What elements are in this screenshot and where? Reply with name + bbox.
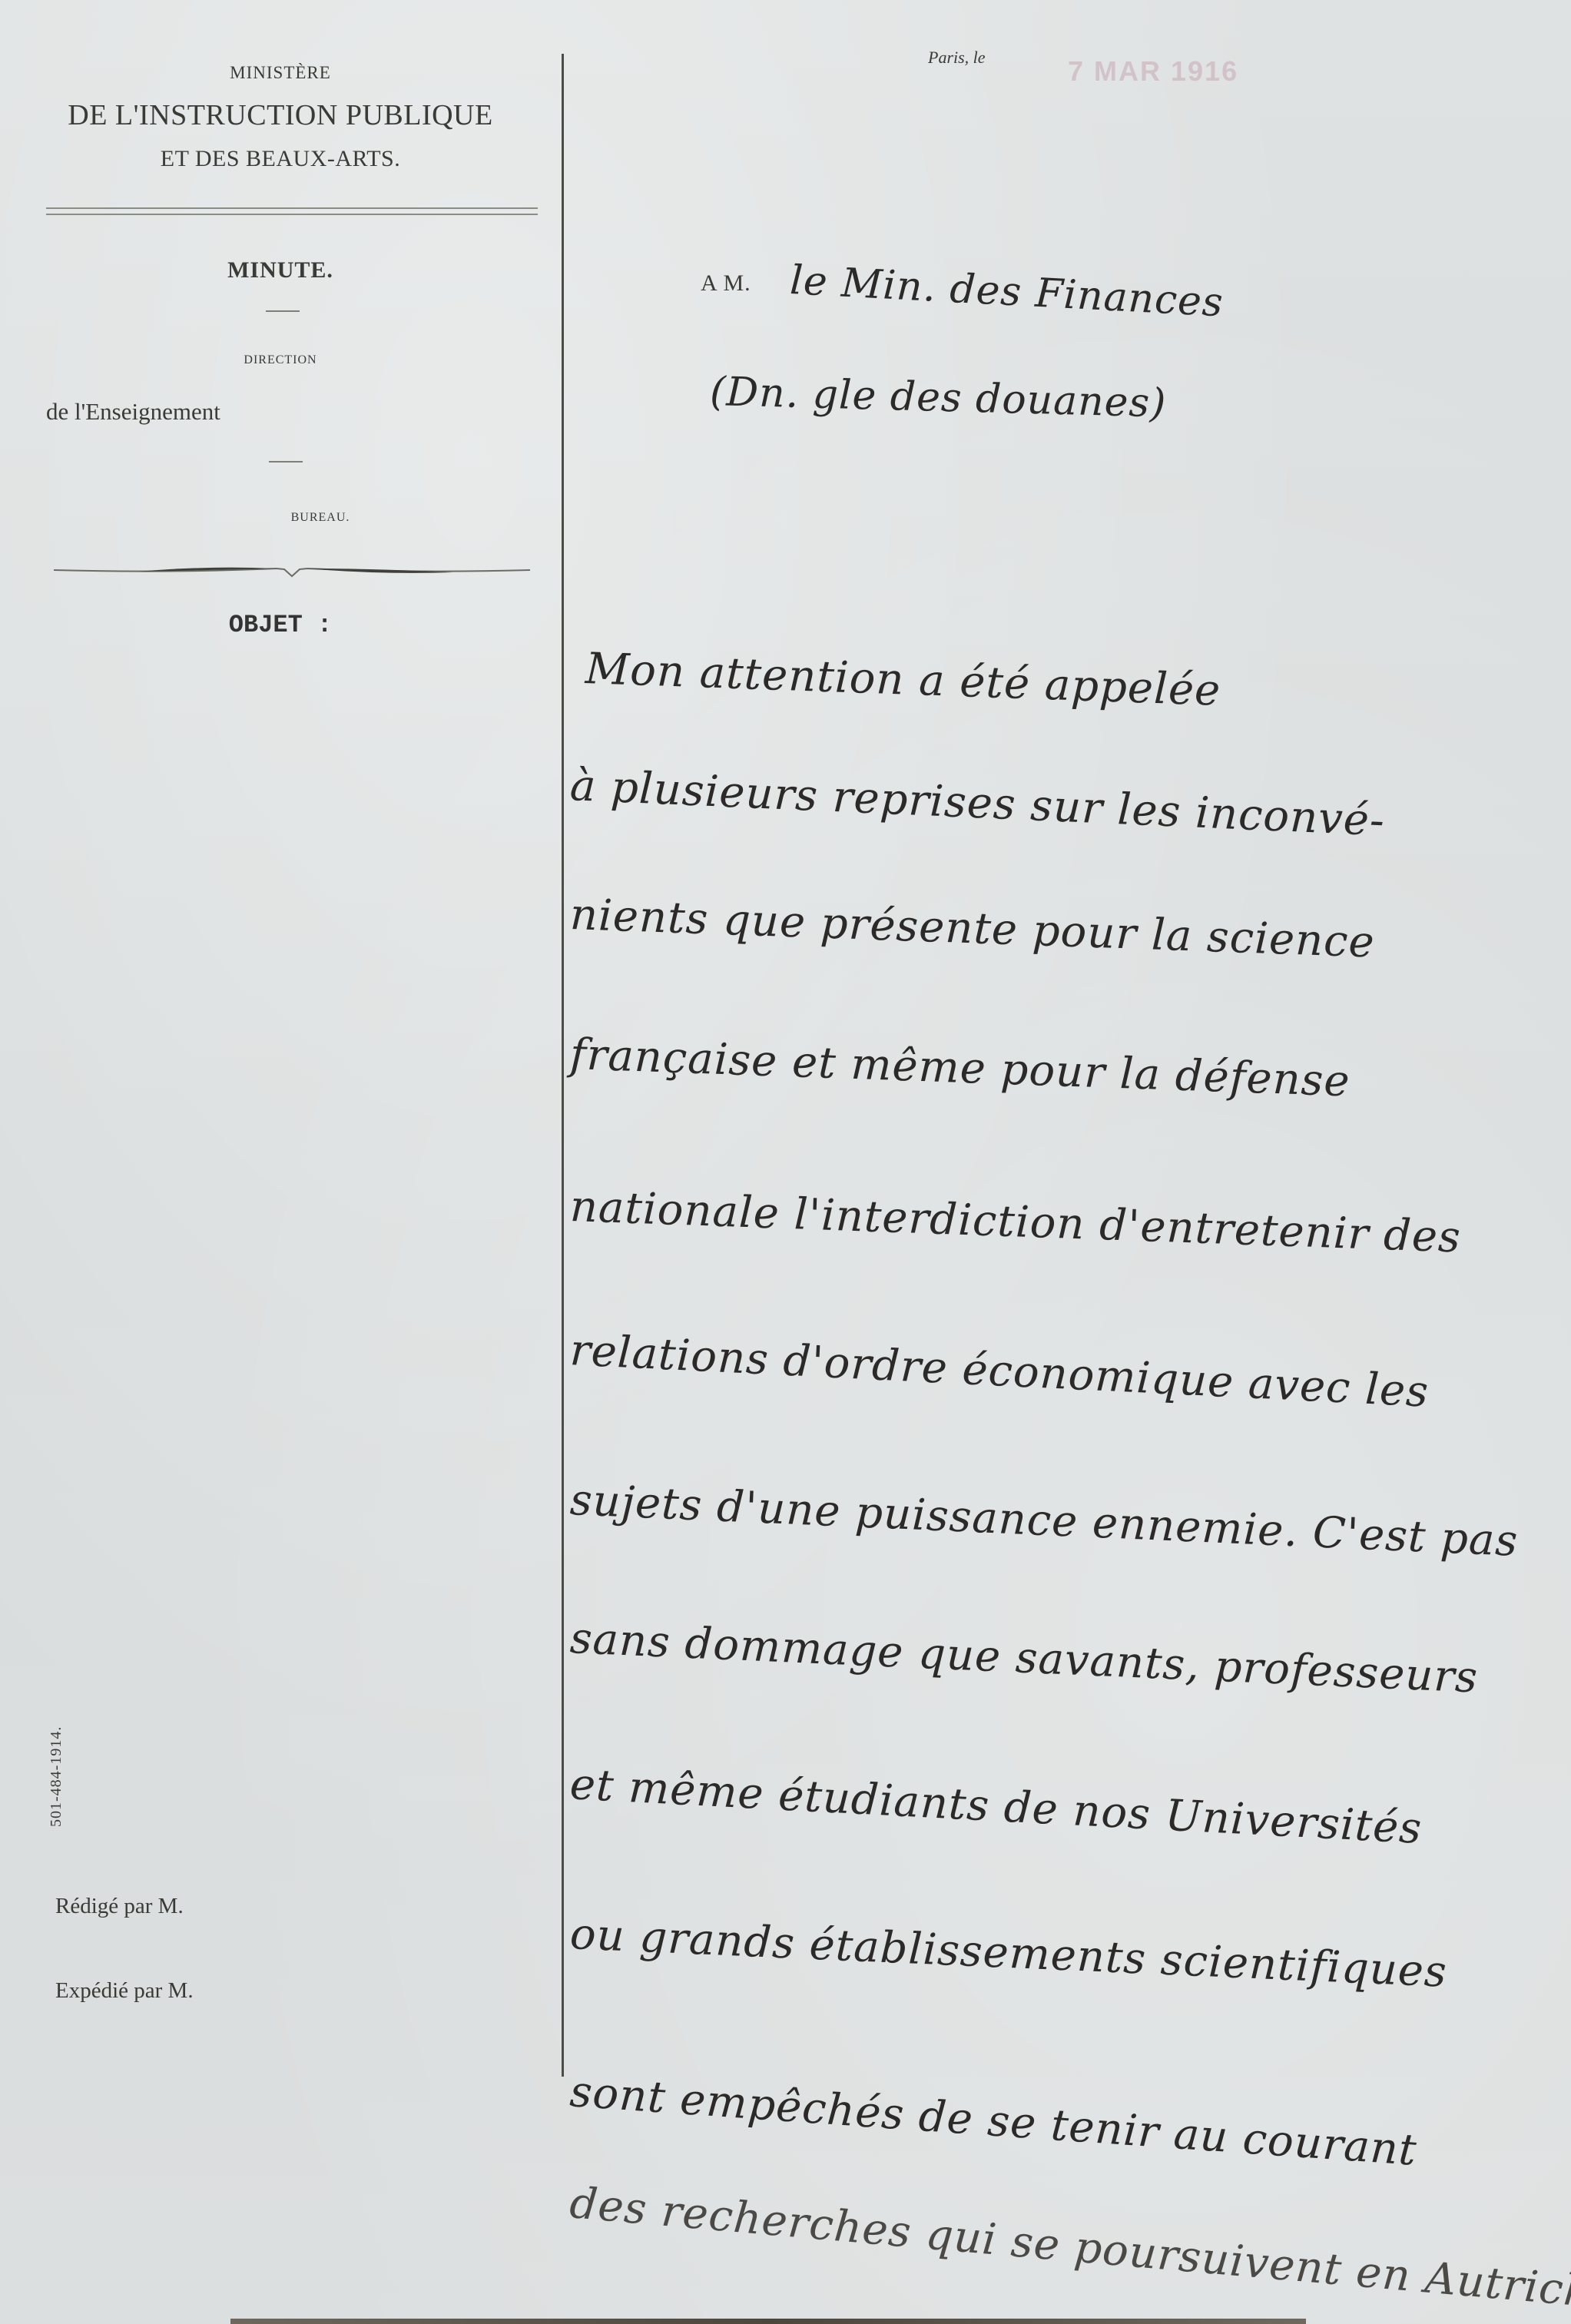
sent-by-label: Expédié par M. [55, 1978, 194, 2004]
document-type-label: MINUTE. [0, 257, 561, 283]
body-line: Mon attention a été appelée [585, 644, 1221, 716]
date-stamp: 7 MAR 1916 [1068, 55, 1238, 88]
body-line: française et même pour la défense [569, 1029, 1351, 1106]
ministry-subtitle: ET DES BEAUX-ARTS. [0, 146, 561, 172]
page-bottom-edge [230, 2319, 1306, 2324]
divider [269, 461, 303, 462]
header-rule-bottom [46, 214, 538, 215]
direction-label: DIRECTION [0, 353, 561, 367]
body-line: à plusieurs reprises sur les inconvé- [569, 761, 1387, 846]
body-line: relations d'ordre économique avec les [568, 1325, 1430, 1417]
dateline-place: Paris, le [928, 48, 986, 68]
drafted-by-label: Rédigé par M. [55, 1894, 184, 1919]
direction-value: de l'Enseignement [46, 398, 220, 426]
ministry-name: DE L'INSTRUCTION PUBLIQUE [0, 98, 561, 132]
body-line: des recherches qui se poursuivent en Aut… [568, 2178, 1571, 2324]
addressee-prefix: A M. [701, 270, 751, 297]
addressee-line-1: le Min. des Finances [789, 257, 1225, 326]
body-line: sont empêchés de se tenir au courant [568, 2067, 1419, 2176]
body-line: sujets d'une puissance ennemie. C'est pa… [569, 1475, 1520, 1566]
body-line: nients que présente pour la science [569, 890, 1376, 968]
objet-label: OBJET : [0, 611, 561, 639]
body-line: sans dommage que savants, professeurs [569, 1613, 1480, 1703]
addressee-line-2: (Dn. gle des douanes) [709, 369, 1167, 427]
column-divider [562, 54, 564, 2077]
divider [266, 310, 300, 312]
body-line: nationale l'interdiction d'entretenir de… [569, 1182, 1462, 1262]
body-line: ou grands établissements scientifiques [569, 1909, 1449, 1997]
header-rule-top [46, 207, 538, 209]
form-code: 501-484-1914. [48, 1726, 65, 1827]
body-line: et même étudiants de nos Universités [568, 1759, 1423, 1854]
ornamental-rule [54, 559, 530, 582]
ministry-label: MINISTÈRE [0, 63, 561, 83]
bureau-label: BUREAU. [40, 511, 601, 525]
